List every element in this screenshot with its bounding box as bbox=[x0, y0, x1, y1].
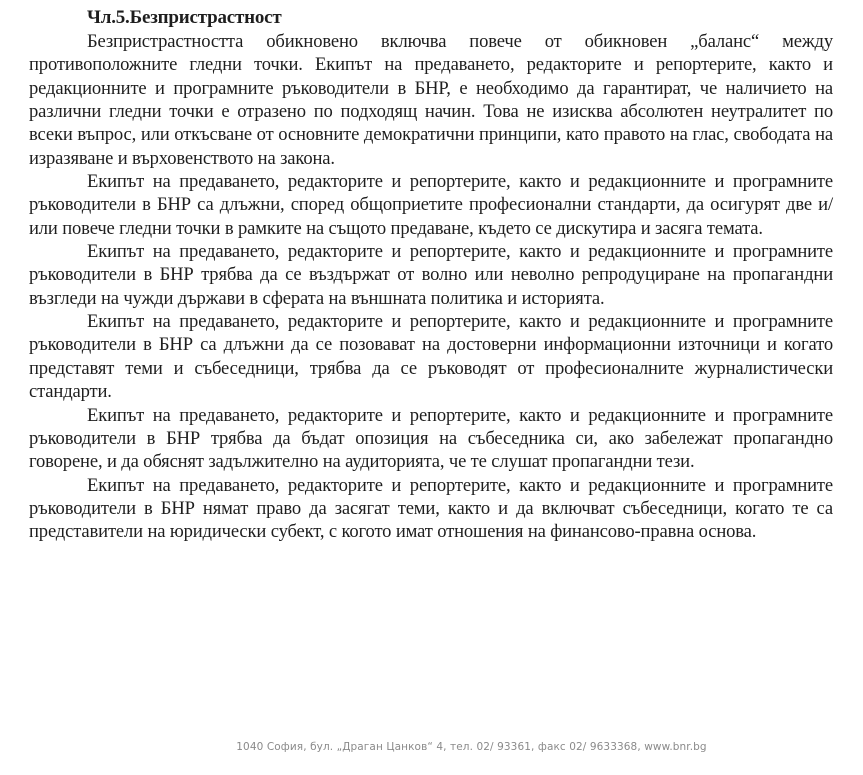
paragraph-6: Екипът на предаването, редакторите и реп… bbox=[29, 474, 833, 544]
paragraph-2: Екипът на предаването, редакторите и реп… bbox=[29, 170, 833, 240]
footer-address: 1040 София, бул. „Драган Цанков“ 4, тел.… bbox=[236, 741, 706, 753]
paragraph-5: Екипът на предаването, редакторите и реп… bbox=[29, 404, 833, 474]
document-page: Чл.5.Безпристрастност Безпристрастността… bbox=[29, 6, 833, 544]
paragraph-4: Екипът на предаването, редакторите и реп… bbox=[29, 310, 833, 403]
page-footer: 1040 София, бул. „Драган Цанков“ 4, тел.… bbox=[0, 741, 863, 753]
paragraph-1: Безпристрастността обикновено включва по… bbox=[29, 30, 833, 170]
article-title: Чл.5.Безпристрастност bbox=[87, 6, 833, 30]
paragraph-3: Екипът на предаването, редакторите и реп… bbox=[29, 240, 833, 310]
